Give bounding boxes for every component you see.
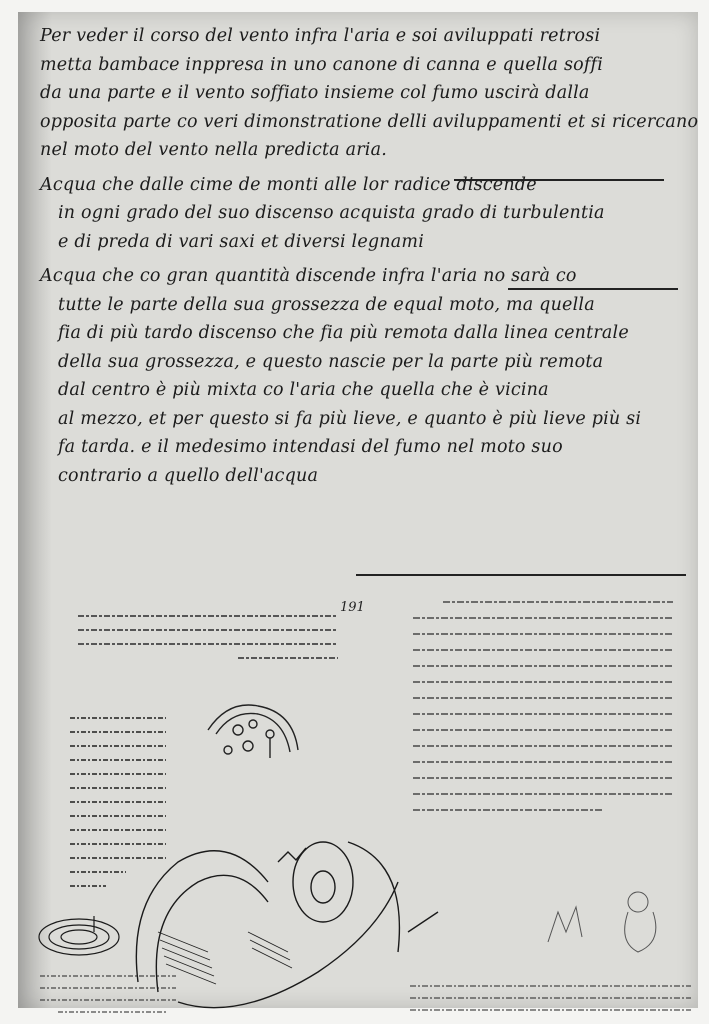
text-line: nel moto del vento nella predicta aria. [40, 136, 680, 165]
text-line: contrario a quello dell'acqua [40, 462, 680, 491]
paragraph-water-air: Acqua che co gran quantità discende infr… [40, 262, 680, 490]
whirlpool-sketch [34, 912, 124, 962]
mirror-script-right-column [403, 592, 683, 822]
text-line: e di preda di vari saxi et diversi legna… [40, 228, 680, 257]
text-line: in ogni grado del suo discenso acquista … [40, 199, 680, 228]
text-line: dal centro è più mixta co l'aria che que… [40, 376, 680, 405]
upper-text: Per veder il corso del vento infra l'ari… [40, 22, 680, 496]
text-line: fa tarda. e il medesimo intendasi del fu… [40, 433, 680, 462]
text-line: da una parte e il vento soffiato insieme… [40, 79, 680, 108]
divider-line [508, 288, 678, 290]
faint-figures-sketch [528, 882, 688, 962]
text-line: fia di più tardo discenso che fia più re… [40, 319, 680, 348]
text-line: metta bambace inppresa in uno canone di … [40, 51, 680, 80]
mirror-script-top-left [68, 608, 348, 668]
paragraph-water-descent: Acqua che dalle cime de monti alle lor r… [40, 171, 680, 257]
text-line: Acqua che dalle cime de monti alle lor r… [40, 171, 680, 200]
manuscript-sheet: Per veder il corso del vento infra l'ari… [18, 12, 698, 1008]
text-line: al mezzo, et per questo si fa più lieve,… [40, 405, 680, 434]
text-line: Acqua che co gran quantità discende infr… [40, 262, 680, 291]
divider-line [356, 574, 686, 576]
paragraph-wind: Per veder il corso del vento infra l'ari… [40, 22, 680, 165]
water-vortex-sketch-small [198, 700, 308, 770]
divider-line [454, 179, 664, 181]
mirror-script-bottom-left [38, 970, 178, 1020]
text-line: della sua grossezza, e questo nascie per… [40, 348, 680, 377]
text-line: opposita parte co veri dimonstratione de… [40, 108, 680, 137]
text-line: Per veder il corso del vento infra l'ari… [40, 22, 680, 51]
text-line: tutte le parte della sua grossezza de eq… [40, 291, 680, 320]
mirror-script-bottom-right [408, 980, 693, 1016]
